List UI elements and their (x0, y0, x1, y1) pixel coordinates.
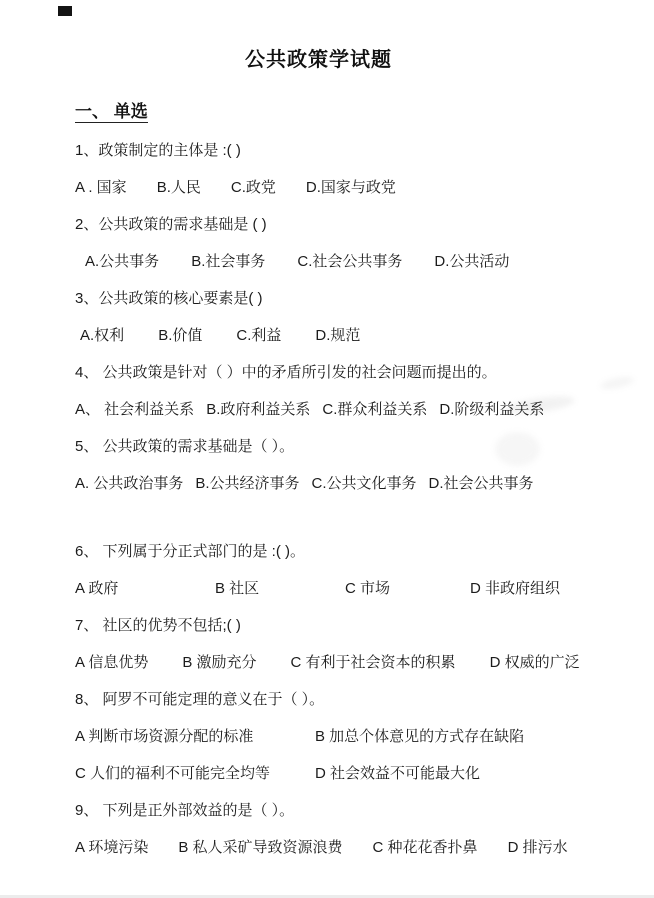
option-b: B 私人采矿导致资源浪费 (178, 838, 342, 858)
question-2-options: A.公共事务 B.社会事务 C.社会公共事务 D.公共活动 (85, 252, 614, 272)
option-d: D.国家与政党 (306, 178, 396, 198)
option-d: D 社会效益不可能最大化 (315, 764, 614, 784)
option-c: C.群众利益关系 (322, 400, 427, 420)
question-5-options: A. 公共政治事务 B.公共经济事务 C.公共文化事务 D.社会公共事务 (75, 474, 614, 494)
question-1-text: 1、政策制定的主体是 :( ) (75, 141, 614, 161)
option-c: C 市场 (345, 579, 470, 599)
option-b: B 激励充分 (182, 653, 256, 673)
option-a: A. 公共政治事务 (75, 474, 183, 494)
question-2-text: 2、公共政策的需求基础是 ( ) (75, 215, 614, 235)
option-c: C 人们的福利不可能完全均等 (75, 764, 315, 784)
option-c: C.社会公共事务 (297, 252, 402, 272)
option-c: C.利益 (236, 326, 281, 346)
document-page: 公共政策学试题 一、 单选 1、政策制定的主体是 :( ) A . 国家 B.人… (0, 0, 654, 898)
option-d: D.公共活动 (434, 252, 509, 272)
option-c: C.政党 (231, 178, 276, 198)
option-a: A.公共事务 (85, 252, 159, 272)
option-c: C 种花花香扑鼻 (373, 838, 478, 858)
document-body: 公共政策学试题 一、 单选 1、政策制定的主体是 :( ) A . 国家 B.人… (0, 0, 654, 898)
option-b: B.社会事务 (191, 252, 265, 272)
section-heading-text: 一、 单选 (75, 102, 148, 123)
option-d: D 非政府组织 (470, 579, 614, 599)
question-4-text: 4、 公共政策是针对（ ）中的矛盾所引发的社会问题而提出的。 (75, 363, 614, 383)
question-6-text: 6、 下列属于分正式部门的是 :( )。 (75, 542, 614, 562)
question-8-text: 8、 阿罗不可能定理的意义在于（ ）。 (75, 690, 614, 710)
question-7-options: A 信息优势 B 激励充分 C 有利于社会资本的积累 D 权威的广泛 (75, 653, 614, 673)
question-1-options: A . 国家 B.人民 C.政党 D.国家与政党 (75, 178, 614, 198)
option-a: A 环境污染 (75, 838, 148, 858)
question-8-options: A 判断市场资源分配的标准 B 加总个体意见的方式存在缺陷 C 人们的福利不可能… (75, 727, 614, 784)
option-a: A 信息优势 (75, 653, 148, 673)
option-a: A 判断市场资源分配的标准 (75, 727, 315, 747)
option-d: D.社会公共事务 (429, 474, 534, 494)
option-a: A、 社会利益关系 (75, 400, 194, 420)
option-b: B.人民 (157, 178, 201, 198)
option-a: A . 国家 (75, 178, 127, 198)
page-title: 公共政策学试题 (49, 46, 588, 74)
question-3-options: A.权利 B.价值 C.利益 D.规范 (80, 326, 614, 346)
option-b: B 加总个体意见的方式存在缺陷 (315, 727, 614, 747)
option-d: D.阶级利益关系 (439, 400, 544, 420)
question-9-options: A 环境污染 B 私人采矿导致资源浪费 C 种花花香扑鼻 D 排污水 (75, 838, 614, 858)
option-a: A.权利 (80, 326, 124, 346)
question-6-options: A 政府 B 社区 C 市场 D 非政府组织 (75, 579, 614, 599)
question-7-text: 7、 社区的优势不包括;( ) (75, 616, 614, 636)
option-c: C 有利于社会资本的积累 (291, 653, 456, 673)
question-5-text: 5、 公共政策的需求基础是（ ）。 (75, 437, 614, 457)
option-b: B 社区 (215, 579, 345, 599)
option-b: B.政府利益关系 (206, 400, 310, 420)
option-a: A 政府 (75, 579, 215, 599)
option-b: B.价值 (158, 326, 202, 346)
option-d: D 权威的广泛 (490, 653, 580, 673)
question-9-text: 9、 下列是正外部效益的是（ ）。 (75, 801, 614, 821)
option-b: B.公共经济事务 (195, 474, 299, 494)
question-4-options: A、 社会利益关系 B.政府利益关系 C.群众利益关系 D.阶级利益关系 (75, 400, 614, 420)
question-3-text: 3、公共政策的核心要素是( ) (75, 289, 614, 309)
option-c: C.公共文化事务 (312, 474, 417, 494)
option-d: D.规范 (315, 326, 360, 346)
option-d: D 排污水 (508, 838, 568, 858)
section-heading: 一、 单选 (75, 100, 614, 124)
